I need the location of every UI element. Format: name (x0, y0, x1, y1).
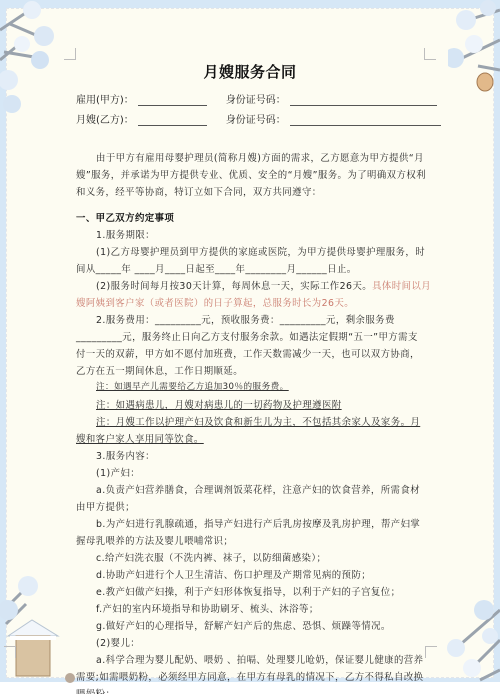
item-title: 1.服务期限： (76, 227, 155, 241)
list-item: c.给产妇洗衣服（不洗内裤、袜子，以防细菌感染）； (76, 550, 326, 564)
paragraph-line: _________元，服务终止日向乙方支付服务余款。如遇法定假期“五一”甲方需支 (76, 329, 418, 343)
paragraph-line: 2.服务费用：_________元，预收服务费：_________元，剩余服务费 (76, 312, 395, 326)
section-heading: 一、甲乙双方约定事项 (76, 210, 174, 224)
list-item: a.科学合理为婴儿配奶、喂奶 、拍嗝、处理婴儿呛奶，保证婴儿健康的营养 (76, 652, 423, 666)
list-item: e.教产妇做产妇操，利于产妇形体恢复指导，以利于产妇的子宫复位； (76, 584, 400, 598)
list-item: g.做好产妇的心理指导，舒解产妇产后的焦虑、恐惧、烦躁等情况。 (76, 618, 391, 632)
note-line: 注：如遇早产儿需要给乙方追加30％的服务费。 (76, 380, 289, 392)
party-a-id-field[interactable] (290, 96, 437, 106)
paragraph-line: (2)服务时间每月按30天计算，每周休息一天，实际工作26天。具体时间以月 (76, 278, 431, 292)
paragraph-line: 付一天的双薪，甲方如不愿付加班费，工作天数需减少一天，也可以双方协商， (76, 346, 420, 360)
intro-line: 嫂”服务，并承诺为甲方提供专业、优质、安全的“月嫂”服务。为了明确双方权利 (76, 167, 426, 181)
crop-mark-bottom-right (425, 646, 437, 658)
note-line: 注：月嫂工作以护理产妇及饮食和新生儿为主，不包括其余家人及家务。月 (76, 414, 420, 428)
intro-line: 由于甲方有雇用母婴护理员(简称月嫂)方面的需求，乙方愿意为甲方提供“月 (76, 150, 424, 164)
list-item: d.协助产妇进行个人卫生清洁、伤口护理及产期常见病的预防； (76, 567, 371, 581)
highlight-text: 具体时间以月 (372, 281, 431, 292)
note-line: 嫂和客户家人享用同等饮食。 (76, 431, 204, 445)
service-time-text: (2)服务时间每月按30天计算，每周休息一天，实际工作26天。 (96, 281, 372, 292)
party-b-id-field[interactable] (290, 116, 441, 126)
document-title: 月嫂服务合同 (0, 61, 500, 82)
party-b-name-field[interactable] (138, 116, 207, 126)
crop-mark-top-left (64, 48, 76, 60)
party-a-id-label: 身份证号码： (226, 91, 286, 106)
subsection-title: (1)产妇： (76, 465, 140, 479)
party-a-row: 雇用(甲方)： 身份证号码： (76, 92, 437, 106)
party-a-name-field[interactable] (138, 96, 207, 106)
paragraph-line: (1)乙方母婴护理员到甲方提供的家庭或医院，为甲方提供母婴护理服务，时 (76, 244, 425, 258)
bottom-margin (0, 682, 500, 694)
paragraph-line: 间从_____年 ____月____日起至____年________月_____… (76, 261, 357, 275)
intro-line: 和义务，经平等协商，特订立如下合同，双方共同遵守： (76, 184, 322, 198)
crop-mark-bottom-left (4, 646, 16, 658)
list-item: 喂奶粉； (76, 686, 115, 694)
list-item: f.产妇的室内环境指导和协助刷牙、梳头、沐浴等； (76, 601, 319, 615)
highlight-text: 嫂阿姨到客户家（或者医院）的日子算起，总服务时长为26天。 (76, 295, 354, 309)
subsection-title: (2)婴儿： (76, 635, 140, 649)
note-line: 注：如遇病患儿，月嫂对病患儿的一切药物及护理遵医附 (76, 397, 342, 411)
party-a-label: 雇用(甲方)： (76, 91, 134, 106)
paragraph-line: 乙方在五一期间休息，工作日期顺延。 (76, 363, 243, 377)
party-b-row: 月嫂(乙方)： 身份证号码： (76, 112, 441, 126)
crop-mark-top-right (424, 48, 436, 60)
item-title: 3.服务内容： (76, 448, 155, 462)
list-item: 需要;如需喂奶粉，必须经甲方同意，在甲方有母乳的情况下，乙方不得私自改换 (76, 669, 424, 683)
list-item: 由甲方提供； (76, 499, 135, 513)
party-b-id-label: 身份证号码： (226, 111, 286, 126)
list-item: a.负责产妇营养膳食，合理调剂饭菜花样，注意产妇的饮食营养，所需食材 (76, 482, 420, 496)
list-item: 握母乳喂养的方法及婴儿喂哺常识； (76, 533, 233, 547)
party-b-label: 月嫂(乙方)： (76, 111, 134, 126)
list-item: b.为产妇进行乳腺疏通，指导产妇进行产后乳房按摩及乳房护理，帮产妇掌 (76, 516, 420, 530)
